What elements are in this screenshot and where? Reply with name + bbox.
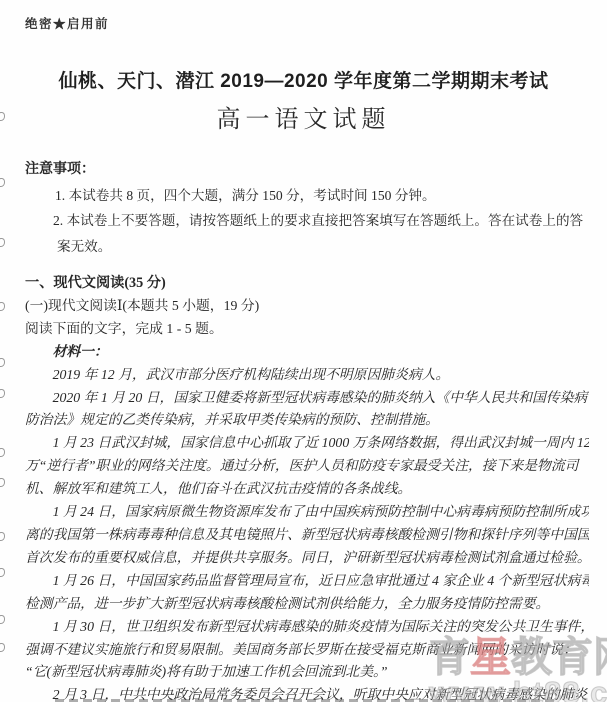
reading-instruction: 阅读下面的文字，完成 1 - 5 题。 xyxy=(25,318,589,341)
reading-subheading: (一)现代文阅读Ⅰ(本题共 5 小题，19 分) xyxy=(25,295,589,318)
material-line: 1 月 24 日，国家病原微生物资源库发布了由中国疾病预防控制中心病毒病预防控制… xyxy=(25,501,589,524)
material-line: 首次发布的重要权威信息，并提供共享服务。同日，沪研新型冠状病毒检测试剂盒通过检验… xyxy=(25,547,589,570)
scan-artifact xyxy=(0,448,5,457)
material-line: 1 月 30 日，世卫组织发布新型冠状病毒感染的肺炎疫情为国际关注的突发公共卫生… xyxy=(25,616,589,639)
material-line: 1 月 26 日，中国国家药品监督管理局宣布，近日应急审批通过 4 家企业 4 … xyxy=(25,570,589,593)
reading-section: 一、现代文阅读(35 分) (一)现代文阅读Ⅰ(本题共 5 小题，19 分) 阅… xyxy=(25,272,589,702)
material-line: 防治法》规定的乙类传染病，并采取甲类传染病的预防、控制措施。 xyxy=(25,409,589,432)
notices-block: 注意事项： 1. 本试卷共 8 页，四个大题，满分 150 分，考试时间 150… xyxy=(25,157,587,259)
scan-artifact xyxy=(0,643,5,652)
scan-artifact xyxy=(0,532,5,541)
material-line: 1 月 23 日武汉封城，国家信息中心抓取了近 1000 万条网络数据，得出武汉… xyxy=(25,432,589,455)
scan-artifact xyxy=(0,238,5,247)
notice-item-2-line-2: 案无效。 xyxy=(57,234,587,260)
material-line: 离的我国第一株病毒毒种信息及其电镜照片、新型冠状病毒核酸检测引物和探针序列等中国… xyxy=(25,524,589,547)
section-heading: 一、现代文阅读(35 分) xyxy=(25,272,589,295)
scan-artifact xyxy=(0,358,5,367)
material-line: 机、解放军和建筑工人，他们奋斗在武汉抗击疫情的各条战线。 xyxy=(25,478,589,501)
material-line: 2019 年 12 月，武汉市部分医疗机构陆续出现不明原因肺炎病人。 xyxy=(25,364,589,387)
notice-item-1: 1. 本试卷共 8 页，四个大题，满分 150 分，考试时间 150 分钟。 xyxy=(55,183,587,209)
material-line: 2020 年 1 月 20 日，国家卫健委将新型冠状病毒感染的肺炎纳入《中华人民… xyxy=(25,387,589,410)
exam-paper-page: 绝密★启用前 仙桃、天门、潜江 2019—2020 学年度第二学期期末考试 高一… xyxy=(0,0,607,702)
scan-artifact xyxy=(0,178,5,187)
material-line: 万“逆行者”职业的网络关注度。通过分析，医护人员和防疫专家最受关注，接下来是物流… xyxy=(25,455,589,478)
scan-artifact xyxy=(0,615,5,624)
scan-artifact xyxy=(0,302,5,311)
notices-heading: 注意事项： xyxy=(25,157,587,183)
material-line: 检测产品，进一步扩大新型冠状病毒核酸检测试剂供给能力，全力服务疫情防控需要。 xyxy=(25,593,589,616)
paper-title: 高一语文试题 xyxy=(0,99,607,134)
material-line: “它(新型冠状病毒肺炎)将有助于加速工作机会回流到北美。” xyxy=(25,661,589,684)
material-label: 材料一： xyxy=(25,341,589,364)
scan-artifact xyxy=(0,568,5,577)
notice-item-2-line-1: 2. 本试卷上不要答题，请按答题纸上的要求直接把答案填写在答题纸上。答在试卷上的… xyxy=(53,208,587,234)
scan-artifact xyxy=(0,389,5,398)
exam-title: 仙桃、天门、潜江 2019—2020 学年度第二学期期末考试 xyxy=(0,66,607,93)
security-classification: 绝密★启用前 xyxy=(25,14,109,32)
scan-artifact xyxy=(0,478,5,487)
title-block: 仙桃、天门、潜江 2019—2020 学年度第二学期期末考试 高一语文试题 xyxy=(0,66,607,134)
material-line: 强调不建议实施旅行和贸易限制。美国商务部长罗斯在接受福克斯商业新闻网的采访时说： xyxy=(25,639,589,662)
